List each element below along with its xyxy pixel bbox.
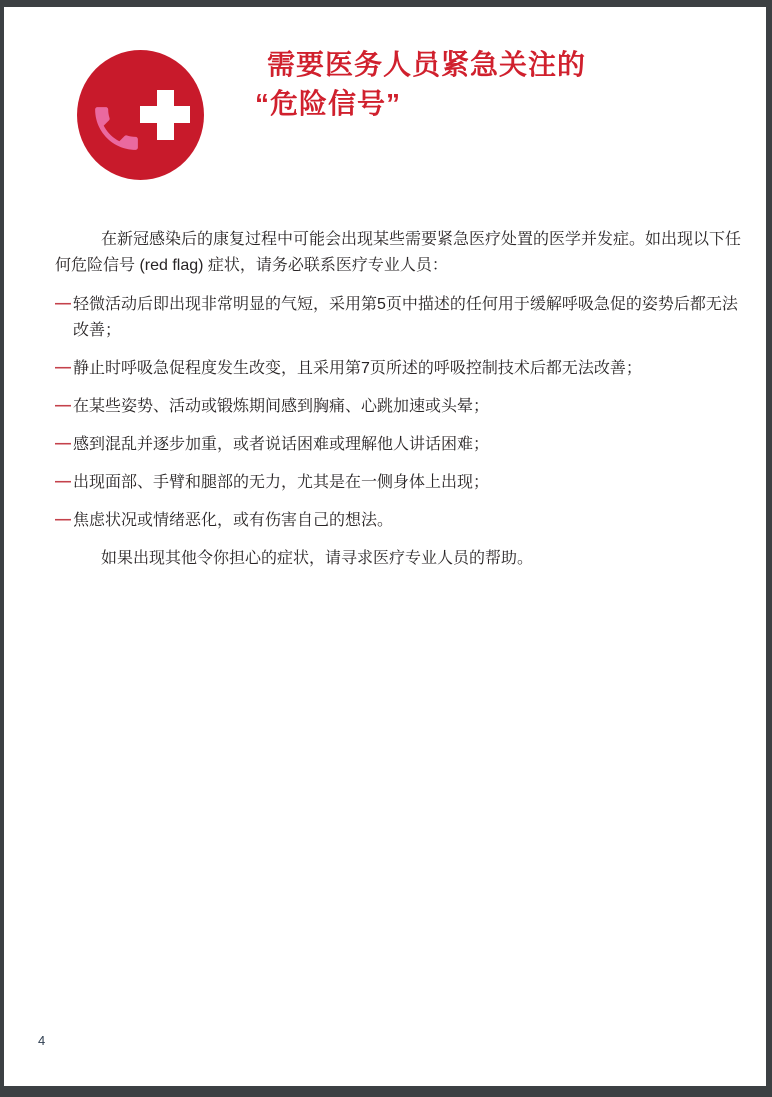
emergency-call-icon	[77, 50, 204, 180]
list-item-text: 在某些姿势、活动或锻炼期间感到胸痛、心跳加速或头晕；	[73, 398, 489, 415]
list-item-text: 静止时呼吸急促程度发生改变，且采用第7页所述的呼吸控制技术后都无法改善；	[73, 360, 642, 377]
closing-paragraph: 如果出现其他令你担心的症状，请寻求医疗专业人员的帮助。	[55, 546, 747, 572]
list-item-text: 感到混乱并逐步加重，或者说话困难或理解他人讲话困难；	[73, 436, 489, 453]
list-item-text: 轻微活动后即出现非常明显的气短，采用第5页中描述的任何用于缓解呼吸急促的姿势后都…	[73, 296, 738, 339]
page-title-line1: 需要医务人员紧急关注的	[255, 45, 586, 84]
list-item: — 出现面部、手臂和腿部的无力，尤其是在一侧身体上出现；	[55, 470, 747, 496]
body-content: 在新冠感染后的康复过程中可能会出现某些需要紧急医疗处置的医学并发症。如出现以下任…	[55, 227, 747, 572]
page-title-line2: “危险信号”	[255, 84, 586, 123]
list-item: — 静止时呼吸急促程度发生改变，且采用第7页所述的呼吸控制技术后都无法改善；	[55, 356, 747, 382]
document-page: 需要医务人员紧急关注的 “危险信号” 在新冠感染后的康复过程中可能会出现某些需要…	[4, 7, 766, 1086]
intro-paragraph: 在新冠感染后的康复过程中可能会出现某些需要紧急医疗处置的医学并发症。如出现以下任…	[55, 227, 747, 279]
page-title: 需要医务人员紧急关注的 “危险信号”	[255, 45, 586, 123]
list-item: — 在某些姿势、活动或锻炼期间感到胸痛、心跳加速或头晕；	[55, 394, 747, 420]
medical-cross-icon	[140, 106, 190, 123]
bullet-dash-icon: —	[55, 469, 71, 495]
page-number: 4	[38, 1033, 45, 1048]
list-item: — 感到混乱并逐步加重，或者说话困难或理解他人讲话困难；	[55, 432, 747, 458]
bullet-dash-icon: —	[55, 393, 71, 419]
list-item: — 焦虑状况或情绪恶化，或有伤害自己的想法。	[55, 508, 747, 534]
bullet-dash-icon: —	[55, 291, 71, 317]
list-item: — 轻微活动后即出现非常明显的气短，采用第5页中描述的任何用于缓解呼吸急促的姿势…	[55, 292, 747, 344]
bullet-dash-icon: —	[55, 355, 71, 381]
list-item-text: 焦虑状况或情绪恶化，或有伤害自己的想法。	[73, 512, 393, 529]
phone-icon	[88, 100, 145, 157]
bullet-dash-icon: —	[55, 431, 71, 457]
bullet-dash-icon: —	[55, 507, 71, 533]
list-item-text: 出现面部、手臂和腿部的无力，尤其是在一侧身体上出现；	[73, 474, 489, 491]
phone-icon-path	[95, 107, 138, 150]
